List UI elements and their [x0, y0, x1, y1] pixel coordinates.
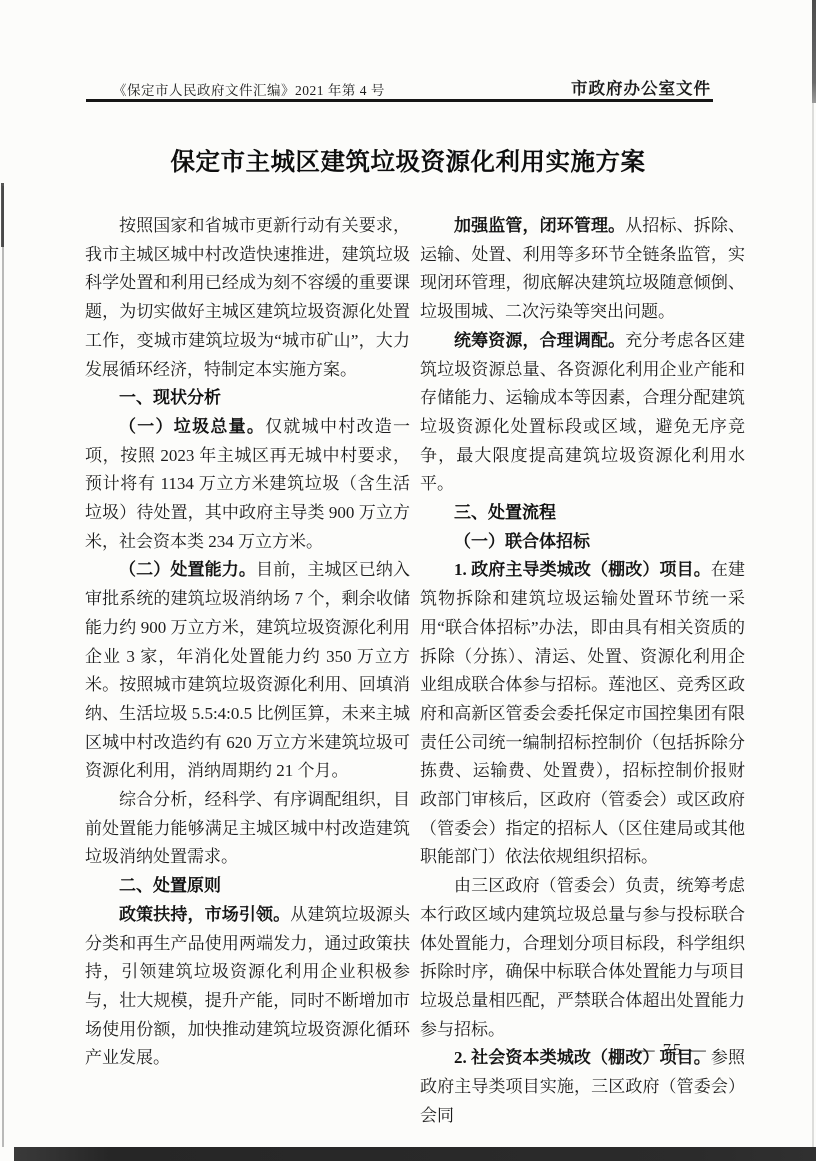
header-booklet-title: 《保定市人民政府文件汇编》2021 年第 4 号 [113, 79, 385, 99]
paragraph: 1. 政府主导类城改（棚改）项目。在建筑物拆除和建筑垃圾运输处置环节统一采用“联… [420, 556, 745, 872]
paragraph: （一）垃圾总量。仅就城中村改造一项，按照 2023 年主城区再无城中村要求，预计… [85, 413, 410, 557]
paragraph: 统筹资源，合理调配。充分考虑各区建筑垃圾资源总量、各资源化利用企业产能和存储能力… [420, 327, 745, 499]
section-heading: （一）联合体招标 [420, 528, 745, 557]
paragraph-lead: 统筹资源，合理调配。 [454, 331, 625, 350]
scan-edge-right-top [812, 0, 816, 103]
scan-edge-left-dark [1, 183, 4, 247]
paragraph-lead: 政策扶持，市场引领。 [119, 905, 290, 924]
document-page: 《保定市人民政府文件汇编》2021 年第 4 号 市政府办公室文件 保定市主城区… [0, 0, 816, 1161]
scan-edge-bottom [14, 1147, 816, 1161]
left-column: 按照国家和省城市更新行动有关要求，我市主城区城中村改造快速推进，建筑垃圾科学处置… [85, 212, 410, 1073]
paragraph-lead: 加强监管，闭环管理。 [454, 216, 625, 235]
paragraph: 政策扶持，市场引领。从建筑垃圾源头分类和再生产品使用两端发力，通过政策扶持，引领… [85, 901, 410, 1073]
page-number: — 75 — [608, 1040, 738, 1060]
header-rule [86, 99, 713, 102]
paragraph: （二）处置能力。目前，主城区已纳入审批系统的建筑垃圾消纳场 7 个，剩余收储能力… [85, 556, 410, 786]
paragraph-lead: 1. 政府主导类城改（棚改）项目。 [454, 560, 711, 579]
paragraph: 加强监管，闭环管理。从招标、拆除、运输、处置、利用等多环节全链条监管，实现闭环管… [420, 212, 745, 327]
header-doc-type: 市政府办公室文件 [571, 75, 711, 99]
right-column: 加强监管，闭环管理。从招标、拆除、运输、处置、利用等多环节全链条监管，实现闭环管… [420, 212, 745, 1131]
section-heading: 一、现状分析 [85, 384, 410, 413]
scan-edge-right [812, 103, 814, 1147]
document-title: 保定市主城区建筑垃圾资源化利用实施方案 [0, 143, 816, 178]
section-heading: 三、处置流程 [420, 499, 745, 528]
section-heading: 二、处置原则 [85, 872, 410, 901]
paragraph-lead: （一）垃圾总量。 [119, 417, 265, 436]
paragraph-lead: （二）处置能力。 [119, 560, 256, 579]
paragraph: 由三区政府（管委会）负责，统筹考虑本行政区域内建筑垃圾总量与参与投标联合体处置能… [420, 872, 745, 1044]
scan-edge-left [2, 186, 4, 1147]
paragraph: 按照国家和省城市更新行动有关要求，我市主城区城中村改造快速推进，建筑垃圾科学处置… [85, 212, 410, 384]
paragraph: 综合分析，经科学、有序调配组织，目前处置能力能够满足主城区城中村改造建筑垃圾消纳… [85, 786, 410, 872]
